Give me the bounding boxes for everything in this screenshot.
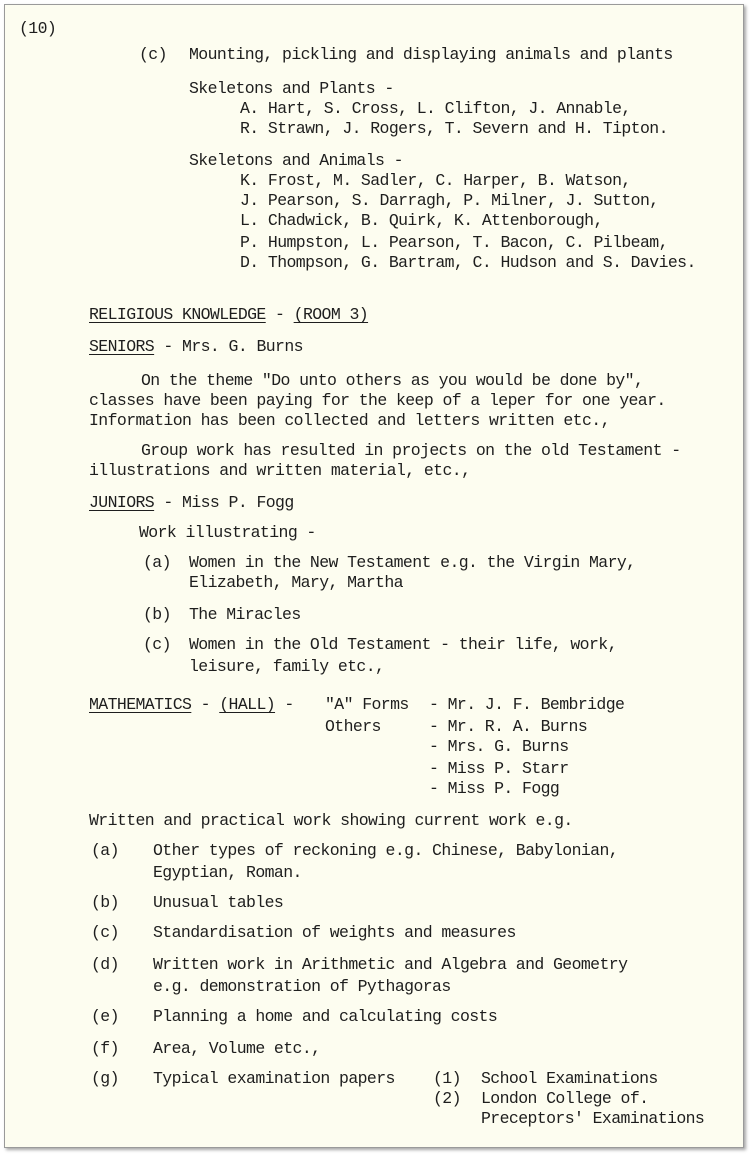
item-line: Women in the New Testament e.g. the Virg…	[189, 553, 635, 573]
section-heading-mathematics: MATHEMATICS - (HALL) -	[89, 695, 303, 715]
item-title: Mounting, pickling and displaying animal…	[189, 45, 673, 65]
group-heading-plants: Skeletons and Plants -	[189, 79, 394, 99]
form-label: "A" Forms	[325, 695, 409, 715]
math-intro: Written and practical work showing curre…	[89, 811, 573, 831]
rk-dash: -	[266, 305, 294, 324]
item-label: (e)	[91, 1007, 119, 1027]
names-line: R. Strawn, J. Rogers, T. Severn and H. T…	[240, 119, 668, 139]
rk-heading-text: RELIGIOUS KNOWLEDGE	[89, 305, 266, 324]
group-heading-animals: Skeletons and Animals -	[189, 151, 403, 171]
item-label: (a)	[143, 553, 171, 573]
exam-label: (1)	[433, 1069, 461, 1089]
item-line: Planning a home and calculating costs	[153, 1007, 497, 1027]
page-number: (10)	[19, 19, 56, 39]
teacher-line: - Miss P. Starr	[429, 759, 569, 779]
item-label-c: (c)	[139, 45, 167, 65]
seniors-label: SENIORS	[89, 337, 154, 356]
item-line: leisure, family etc.,	[189, 657, 384, 677]
item-label: (a)	[91, 841, 119, 861]
juniors-intro: Work illustrating -	[139, 523, 316, 543]
section-heading-religious-knowledge: RELIGIOUS KNOWLEDGE - (ROOM 3)	[89, 305, 368, 325]
exam-label: (2)	[433, 1089, 461, 1109]
paragraph-line: On the theme "Do unto others as you woul…	[141, 371, 643, 391]
form-label: Others	[325, 717, 381, 737]
teacher-line: - Mr. J. F. Bembridge	[429, 695, 624, 715]
teacher-line: - Mr. R. A. Burns	[429, 717, 587, 737]
item-line: e.g. demonstration of Pythagoras	[153, 977, 451, 997]
juniors-label: JUNIORS	[89, 493, 154, 512]
item-label: (b)	[91, 893, 119, 913]
item-line: Women in the Old Testament - their life,…	[189, 635, 617, 655]
teacher-line: - Mrs. G. Burns	[429, 737, 569, 757]
item-line: Written work in Arithmetic and Algebra a…	[153, 955, 627, 975]
math-room: (HALL)	[219, 695, 275, 714]
paragraph-line: illustrations and written material, etc.…	[89, 461, 470, 481]
paragraph-line: Group work has resulted in projects on t…	[141, 441, 681, 461]
names-line: P. Humpston, L. Pearson, T. Bacon, C. Pi…	[240, 233, 668, 253]
item-line: Standardisation of weights and measures	[153, 923, 516, 943]
names-line: A. Hart, S. Cross, L. Clifton, J. Annabl…	[240, 99, 631, 119]
item-line: Area, Volume etc.,	[153, 1039, 320, 1059]
math-dash: -	[275, 695, 303, 714]
item-label: (c)	[143, 635, 171, 655]
teacher-line: - Miss P. Fogg	[429, 779, 559, 799]
paragraph-line: Information has been collected and lette…	[89, 411, 610, 431]
item-label: (g)	[91, 1069, 119, 1089]
seniors-heading: SENIORS - Mrs. G. Burns	[89, 337, 303, 357]
item-line: Typical examination papers	[153, 1069, 395, 1089]
item-line: Unusual tables	[153, 893, 283, 913]
document-page: (10) (c) Mounting, pickling and displayi…	[4, 4, 744, 1148]
names-line: J. Pearson, S. Darragh, P. Milner, J. Su…	[240, 191, 659, 211]
juniors-heading: JUNIORS - Miss P. Fogg	[89, 493, 294, 513]
item-label: (c)	[91, 923, 119, 943]
rk-room: (ROOM 3)	[294, 305, 368, 324]
math-dash: -	[191, 695, 219, 714]
item-line: Elizabeth, Mary, Martha	[189, 573, 403, 593]
names-line: D. Thompson, G. Bartram, C. Hudson and S…	[240, 253, 696, 273]
item-label: (b)	[143, 605, 171, 625]
paragraph-line: classes have been paying for the keep of…	[89, 391, 666, 411]
exam-line: London College of.	[481, 1089, 648, 1109]
seniors-teacher: - Mrs. G. Burns	[154, 337, 303, 356]
names-line: L. Chadwick, B. Quirk, K. Attenborough,	[240, 211, 603, 231]
item-line: Other types of reckoning e.g. Chinese, B…	[153, 841, 618, 861]
names-line: K. Frost, M. Sadler, C. Harper, B. Watso…	[240, 171, 631, 191]
item-line: The Miracles	[189, 605, 301, 625]
exam-line: Preceptors' Examinations	[481, 1109, 704, 1129]
math-heading-text: MATHEMATICS	[89, 695, 191, 714]
exam-line: School Examinations	[481, 1069, 658, 1089]
item-line: Egyptian, Roman.	[153, 863, 302, 883]
juniors-teacher: - Miss P. Fogg	[154, 493, 294, 512]
item-label: (f)	[91, 1039, 119, 1059]
item-label: (d)	[91, 955, 119, 975]
